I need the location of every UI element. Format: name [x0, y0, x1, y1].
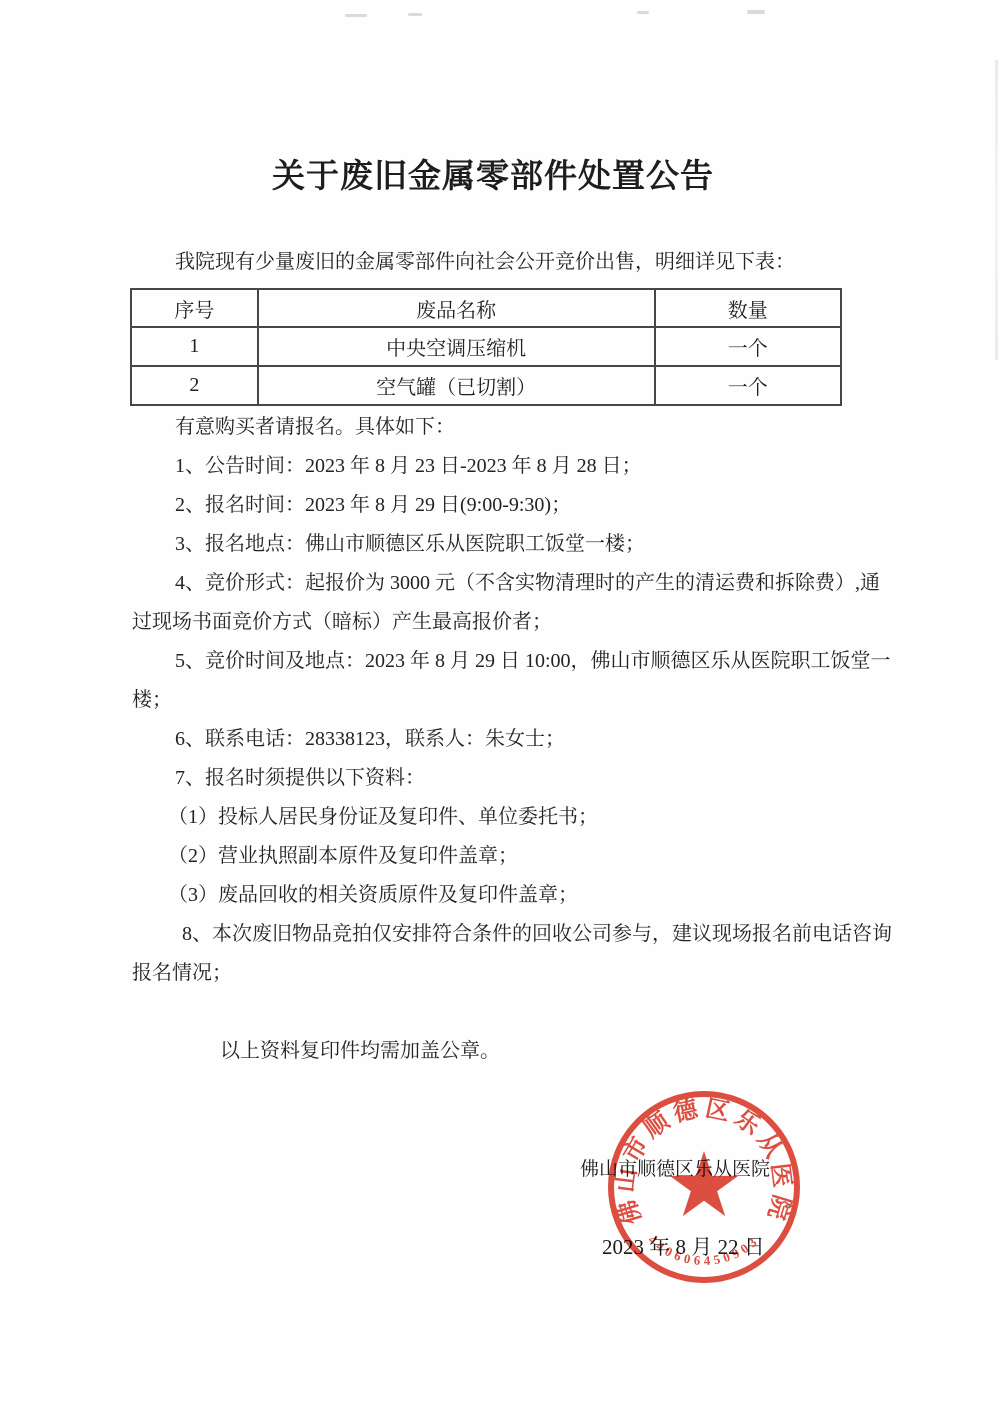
cell-no: 2 [131, 366, 258, 405]
scan-artifact [637, 11, 649, 14]
body-line: 5、竞价时间及地点：2023 年 8 月 29 日 10:00，佛山市顺德区乐从… [132, 642, 858, 681]
cell-qty: 一个 [655, 366, 841, 405]
cell-name: 空气罐（已切割） [258, 366, 655, 405]
seal-serial-number: 440606450903 [645, 1232, 762, 1268]
body-line: 8、本次废旧物品竞拍仅安排符合条件的回收公司参与，建议现场报名前电话咨询 [132, 915, 858, 954]
cell-no: 1 [131, 327, 258, 366]
scan-artifact [345, 14, 367, 17]
table-row: 1 中央空调压缩机 一个 [131, 327, 841, 366]
body-line: 7、报名时须提供以下资料： [132, 759, 858, 798]
document-page: 关于废旧金属零部件处置公告 我院现有少量废旧的金属零部件向社会公开竞价出售，明细… [0, 0, 1000, 1414]
scan-artifact [995, 60, 998, 360]
official-seal: 佛山市顺德区乐从医院 440606450903 [607, 1090, 801, 1284]
header-cell-name: 废品名称 [258, 289, 655, 327]
table-header-row: 序号 废品名称 数量 [131, 289, 841, 327]
body-line: 报名情况； [132, 954, 858, 993]
body-line: 2、报名时间：2023 年 8 月 29 日(9:00-9:30)； [132, 486, 858, 525]
header-cell-qty: 数量 [655, 289, 841, 327]
body-line: 楼； [132, 681, 858, 720]
body-line: 4、竞价形式：起报价为 3000 元（不含实物清理时的产生的清运费和拆除费）,通 [132, 564, 858, 603]
table-row: 2 空气罐（已切割） 一个 [131, 366, 841, 405]
body-line: 3、报名地点：佛山市顺德区乐从医院职工饭堂一楼； [132, 525, 858, 564]
body-line: （2）营业执照副本原件及复印件盖章； [132, 837, 858, 876]
star-icon [670, 1151, 738, 1216]
scrap-items-table: 序号 废品名称 数量 1 中央空调压缩机 一个 2 空气罐（已切割） 一个 [130, 288, 842, 406]
scan-artifact [747, 10, 765, 14]
intro-paragraph: 我院现有少量废旧的金属零部件向社会公开竞价出售，明细详见下表： [132, 247, 854, 277]
header-cell-no: 序号 [131, 289, 258, 327]
page-title: 关于废旧金属零部件处置公告 [132, 150, 854, 197]
body-line: 过现场书面竞价方式（暗标）产生最高报价者； [132, 603, 858, 642]
body-line: 1、公告时间：2023 年 8 月 23 日-2023 年 8 月 28 日； [132, 447, 858, 486]
closing-line: 以上资料复印件均需加盖公章。 [132, 1032, 858, 1071]
cell-name: 中央空调压缩机 [258, 327, 655, 366]
body-line: 6、联系电话：28338123，联系人：朱女士； [132, 720, 858, 759]
body-text: 有意购买者请报名。具体如下： 1、公告时间：2023 年 8 月 23 日-20… [132, 408, 858, 1071]
body-line: （3）废品回收的相关资质原件及复印件盖章； [132, 876, 858, 915]
scan-artifact [408, 13, 422, 16]
body-line: （1）投标人居民身份证及复印件、单位委托书； [132, 798, 858, 837]
body-line: 有意购买者请报名。具体如下： [132, 408, 858, 447]
svg-text:440606450903: 440606450903 [645, 1232, 762, 1268]
cell-qty: 一个 [655, 327, 841, 366]
